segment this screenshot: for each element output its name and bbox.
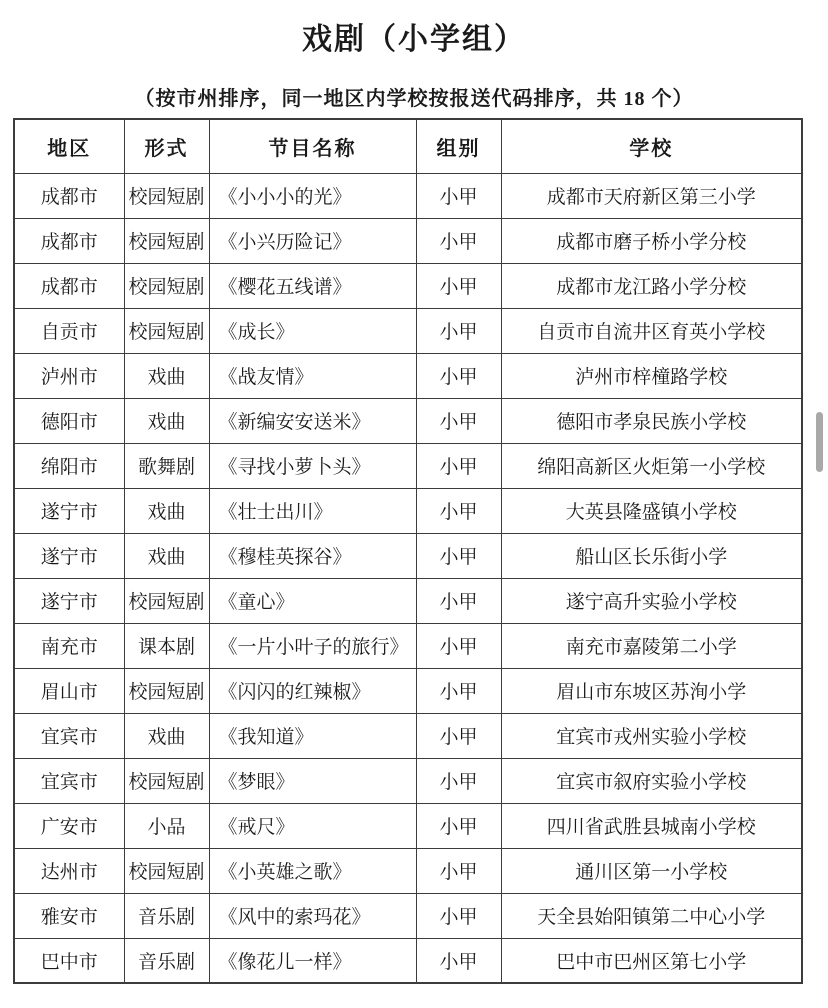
cell-school: 成都市磨子桥小学分校	[501, 218, 802, 263]
table-row: 成都市 校园短剧 《小小小的光》 小甲 成都市天府新区第三小学	[14, 173, 802, 218]
cell-group: 小甲	[416, 713, 501, 758]
table-row: 成都市 校园短剧 《小兴历险记》 小甲 成都市磨子桥小学分校	[14, 218, 802, 263]
cell-program: 《战友情》	[209, 353, 416, 398]
header-program: 节目名称	[209, 119, 416, 173]
cell-group: 小甲	[416, 758, 501, 803]
cell-school: 天全县始阳镇第二中心小学	[501, 893, 802, 938]
scrollbar-thumb[interactable]	[816, 412, 823, 472]
cell-group: 小甲	[416, 488, 501, 533]
cell-form: 校园短剧	[124, 758, 209, 803]
cell-group: 小甲	[416, 893, 501, 938]
table-row: 宜宾市 戏曲 《我知道》 小甲 宜宾市戎州实验小学校	[14, 713, 802, 758]
cell-group: 小甲	[416, 353, 501, 398]
cell-region: 眉山市	[14, 668, 124, 713]
cell-form: 音乐剧	[124, 938, 209, 983]
cell-form: 戏曲	[124, 398, 209, 443]
page-subtitle: （按市州排序，同一地区内学校按报送代码排序，共 18 个）	[0, 82, 828, 111]
cell-program: 《童心》	[209, 578, 416, 623]
cell-region: 达州市	[14, 848, 124, 893]
cell-school: 通川区第一小学校	[501, 848, 802, 893]
cell-program: 《成长》	[209, 308, 416, 353]
cell-form: 歌舞剧	[124, 443, 209, 488]
cell-program: 《新编安安送米》	[209, 398, 416, 443]
cell-region: 泸州市	[14, 353, 124, 398]
cell-program: 《我知道》	[209, 713, 416, 758]
cell-region: 绵阳市	[14, 443, 124, 488]
table-row: 德阳市 戏曲 《新编安安送米》 小甲 德阳市孝泉民族小学校	[14, 398, 802, 443]
cell-form: 校园短剧	[124, 173, 209, 218]
cell-group: 小甲	[416, 443, 501, 488]
cell-form: 戏曲	[124, 713, 209, 758]
table-row: 成都市 校园短剧 《樱花五线谱》 小甲 成都市龙江路小学分校	[14, 263, 802, 308]
table-row: 绵阳市 歌舞剧 《寻找小萝卜头》 小甲 绵阳高新区火炬第一小学校	[14, 443, 802, 488]
cell-region: 雅安市	[14, 893, 124, 938]
cell-program: 《闪闪的红辣椒》	[209, 668, 416, 713]
table-row: 雅安市 音乐剧 《风中的索玛花》 小甲 天全县始阳镇第二中心小学	[14, 893, 802, 938]
cell-form: 校园短剧	[124, 578, 209, 623]
cell-group: 小甲	[416, 173, 501, 218]
cell-program: 《穆桂英探谷》	[209, 533, 416, 578]
table-header-row: 地区 形式 节目名称 组别 学校	[14, 119, 802, 173]
cell-school: 自贡市自流井区育英小学校	[501, 308, 802, 353]
cell-region: 广安市	[14, 803, 124, 848]
cell-program: 《像花儿一样》	[209, 938, 416, 983]
cell-school: 成都市天府新区第三小学	[501, 173, 802, 218]
cell-school: 四川省武胜县城南小学校	[501, 803, 802, 848]
table-row: 广安市 小品 《戒尺》 小甲 四川省武胜县城南小学校	[14, 803, 802, 848]
cell-program: 《小英雄之歌》	[209, 848, 416, 893]
table-row: 达州市 校园短剧 《小英雄之歌》 小甲 通川区第一小学校	[14, 848, 802, 893]
cell-form: 小品	[124, 803, 209, 848]
cell-form: 戏曲	[124, 533, 209, 578]
cell-region: 巴中市	[14, 938, 124, 983]
cell-region: 德阳市	[14, 398, 124, 443]
cell-group: 小甲	[416, 578, 501, 623]
cell-school: 绵阳高新区火炬第一小学校	[501, 443, 802, 488]
cell-school: 德阳市孝泉民族小学校	[501, 398, 802, 443]
cell-region: 宜宾市	[14, 713, 124, 758]
cell-region: 宜宾市	[14, 758, 124, 803]
table-row: 遂宁市 戏曲 《穆桂英探谷》 小甲 船山区长乐街小学	[14, 533, 802, 578]
cell-region: 成都市	[14, 173, 124, 218]
cell-program: 《小小小的光》	[209, 173, 416, 218]
cell-group: 小甲	[416, 308, 501, 353]
cell-form: 校园短剧	[124, 308, 209, 353]
cell-program: 《风中的索玛花》	[209, 893, 416, 938]
cell-group: 小甲	[416, 218, 501, 263]
table-row: 宜宾市 校园短剧 《梦眼》 小甲 宜宾市叙府实验小学校	[14, 758, 802, 803]
cell-region: 遂宁市	[14, 578, 124, 623]
cell-form: 课本剧	[124, 623, 209, 668]
cell-school: 南充市嘉陵第二小学	[501, 623, 802, 668]
cell-region: 遂宁市	[14, 488, 124, 533]
cell-school: 大英县隆盛镇小学校	[501, 488, 802, 533]
header-school: 学校	[501, 119, 802, 173]
cell-program: 《梦眼》	[209, 758, 416, 803]
cell-region: 成都市	[14, 218, 124, 263]
cell-school: 船山区长乐街小学	[501, 533, 802, 578]
cell-region: 遂宁市	[14, 533, 124, 578]
cell-school: 巴中市巴州区第七小学	[501, 938, 802, 983]
cell-form: 校园短剧	[124, 263, 209, 308]
cell-program: 《壮士出川》	[209, 488, 416, 533]
cell-school: 成都市龙江路小学分校	[501, 263, 802, 308]
cell-group: 小甲	[416, 263, 501, 308]
cell-group: 小甲	[416, 623, 501, 668]
cell-group: 小甲	[416, 668, 501, 713]
table-row: 泸州市 戏曲 《战友情》 小甲 泸州市梓橦路学校	[14, 353, 802, 398]
cell-form: 校园短剧	[124, 668, 209, 713]
cell-form: 校园短剧	[124, 218, 209, 263]
page-title: 戏剧（小学组）	[0, 14, 828, 58]
cell-school: 宜宾市戎州实验小学校	[501, 713, 802, 758]
cell-school: 遂宁高升实验小学校	[501, 578, 802, 623]
table-body: 成都市 校园短剧 《小小小的光》 小甲 成都市天府新区第三小学 成都市 校园短剧…	[14, 173, 802, 983]
table-row: 巴中市 音乐剧 《像花儿一样》 小甲 巴中市巴州区第七小学	[14, 938, 802, 983]
table-row: 南充市 课本剧 《一片小叶子的旅行》 小甲 南充市嘉陵第二小学	[14, 623, 802, 668]
cell-school: 泸州市梓橦路学校	[501, 353, 802, 398]
cell-form: 音乐剧	[124, 893, 209, 938]
cell-group: 小甲	[416, 398, 501, 443]
cell-group: 小甲	[416, 533, 501, 578]
cell-region: 南充市	[14, 623, 124, 668]
table-row: 遂宁市 戏曲 《壮士出川》 小甲 大英县隆盛镇小学校	[14, 488, 802, 533]
cell-program: 《戒尺》	[209, 803, 416, 848]
header-form: 形式	[124, 119, 209, 173]
cell-program: 《小兴历险记》	[209, 218, 416, 263]
cell-form: 校园短剧	[124, 848, 209, 893]
header-region: 地区	[14, 119, 124, 173]
cell-program: 《樱花五线谱》	[209, 263, 416, 308]
table-row: 遂宁市 校园短剧 《童心》 小甲 遂宁高升实验小学校	[14, 578, 802, 623]
cell-region: 成都市	[14, 263, 124, 308]
cell-region: 自贡市	[14, 308, 124, 353]
cell-form: 戏曲	[124, 488, 209, 533]
cell-school: 宜宾市叙府实验小学校	[501, 758, 802, 803]
cell-program: 《一片小叶子的旅行》	[209, 623, 416, 668]
table-row: 眉山市 校园短剧 《闪闪的红辣椒》 小甲 眉山市东坡区苏洵小学	[14, 668, 802, 713]
program-table: 地区 形式 节目名称 组别 学校 成都市 校园短剧 《小小小的光》 小甲 成都市…	[13, 118, 803, 984]
cell-group: 小甲	[416, 803, 501, 848]
header-group: 组别	[416, 119, 501, 173]
table-row: 自贡市 校园短剧 《成长》 小甲 自贡市自流井区育英小学校	[14, 308, 802, 353]
cell-form: 戏曲	[124, 353, 209, 398]
cell-group: 小甲	[416, 938, 501, 983]
cell-group: 小甲	[416, 848, 501, 893]
cell-school: 眉山市东坡区苏洵小学	[501, 668, 802, 713]
cell-program: 《寻找小萝卜头》	[209, 443, 416, 488]
